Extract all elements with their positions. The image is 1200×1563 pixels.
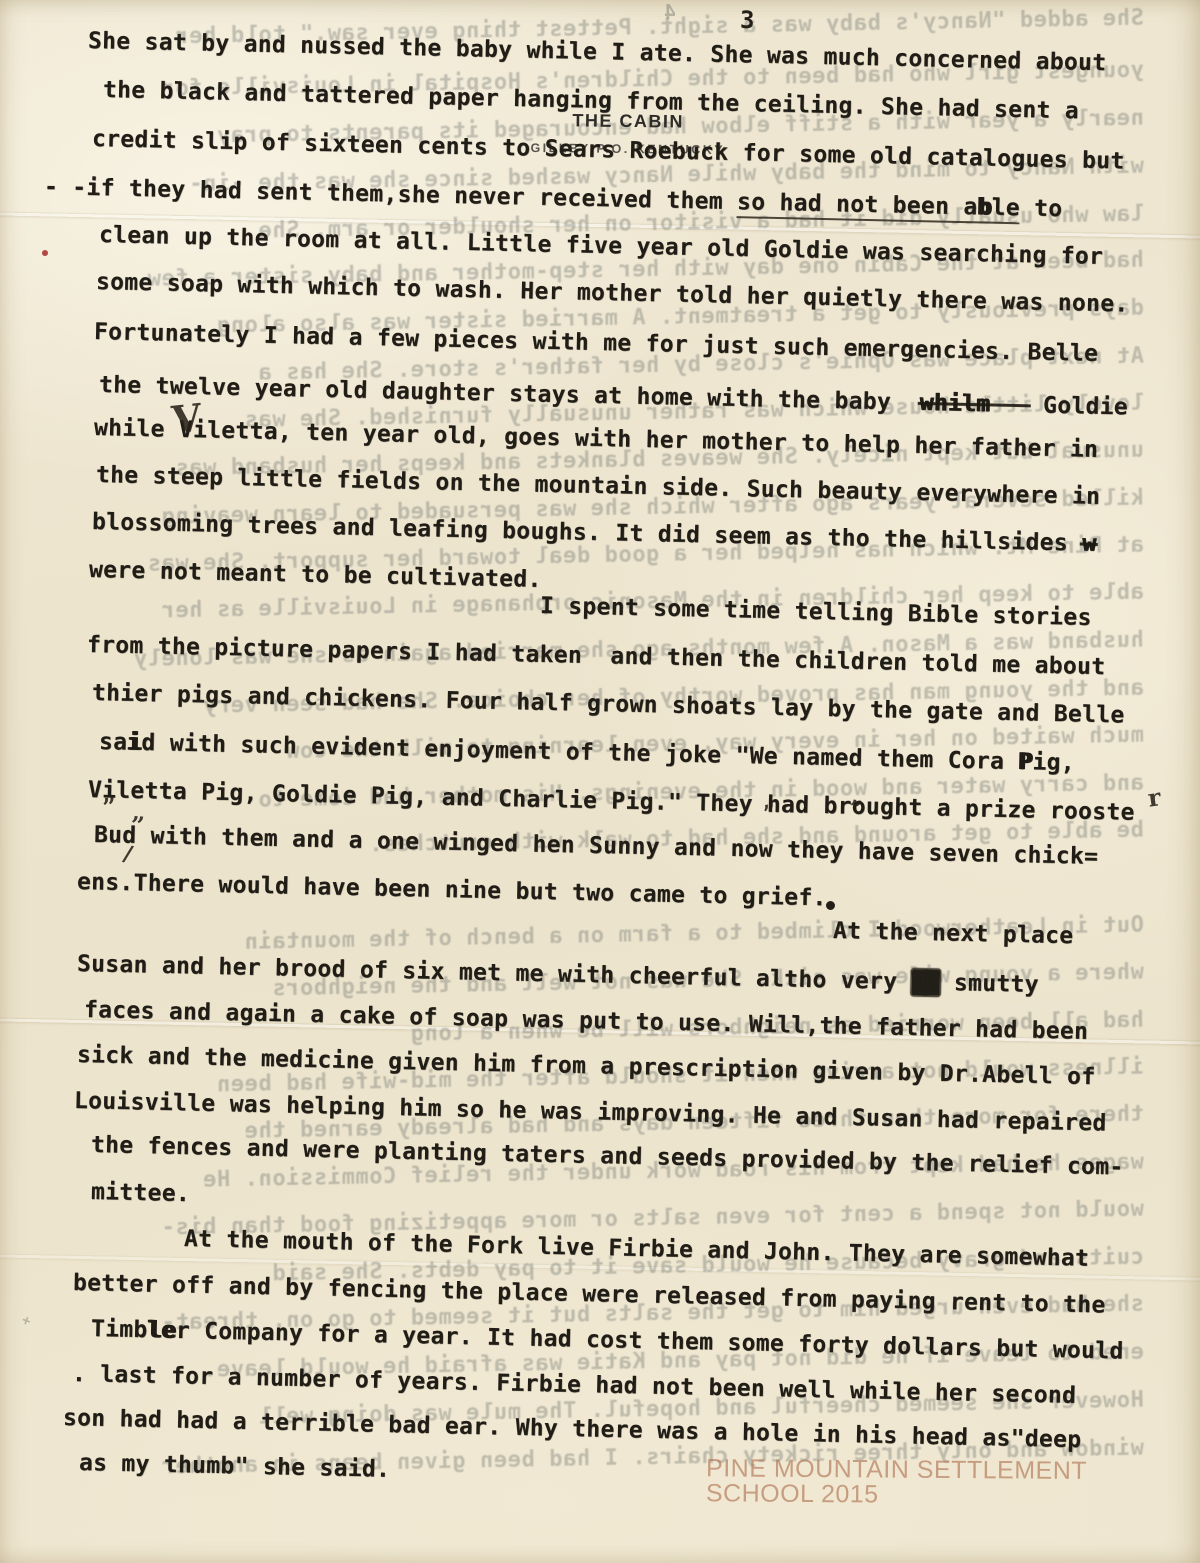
handwritten-mark: „ xyxy=(131,800,146,825)
typed-text: le xyxy=(991,195,1020,225)
stray-mark: 4 xyxy=(664,2,676,22)
typed-text: Timb xyxy=(91,1316,148,1343)
typed-text: to xyxy=(1020,195,1063,222)
typed-text: P xyxy=(1018,749,1033,775)
ink-blot xyxy=(826,901,835,910)
handwritten-mark: V xyxy=(170,399,203,440)
typed-text: whilmand xyxy=(919,390,1029,418)
red-ink-dot xyxy=(42,250,48,256)
typed-text: mittee. xyxy=(91,1179,191,1207)
typed-text: so had not been a xyxy=(737,189,978,223)
typed-text: ig, xyxy=(1032,749,1075,776)
typed-line: At the next place xyxy=(833,920,1074,948)
typed-text: At the next place xyxy=(833,918,1074,949)
typed-text: Goldie xyxy=(1029,392,1129,420)
typed-text: w xyxy=(1082,531,1097,557)
typed-text: b xyxy=(977,194,992,223)
handwritten-mark: r xyxy=(1146,785,1162,811)
typed-line: ens.There would have been nine but two c… xyxy=(77,871,827,910)
typed-text: i xyxy=(127,730,142,756)
typed-line: mittee. xyxy=(91,1181,191,1206)
typed-text: le xyxy=(147,1317,176,1344)
scanned-letter-page: She added "Nancy's baby was a sight. Pet… xyxy=(0,0,1200,1563)
typed-text: smutty xyxy=(940,970,1040,998)
typed-text: ens.There would have been nine but two c… xyxy=(77,869,827,911)
page-number: 3 xyxy=(740,8,755,32)
stray-mark: + xyxy=(20,1313,33,1329)
typed-text: - - xyxy=(44,174,87,201)
watermark: PINE MOUNTAIN SETTLEMENT SCHOOL 2015 xyxy=(706,1456,1200,1509)
typed-text: sa xyxy=(99,729,128,756)
typed-text: MM xyxy=(911,969,940,996)
